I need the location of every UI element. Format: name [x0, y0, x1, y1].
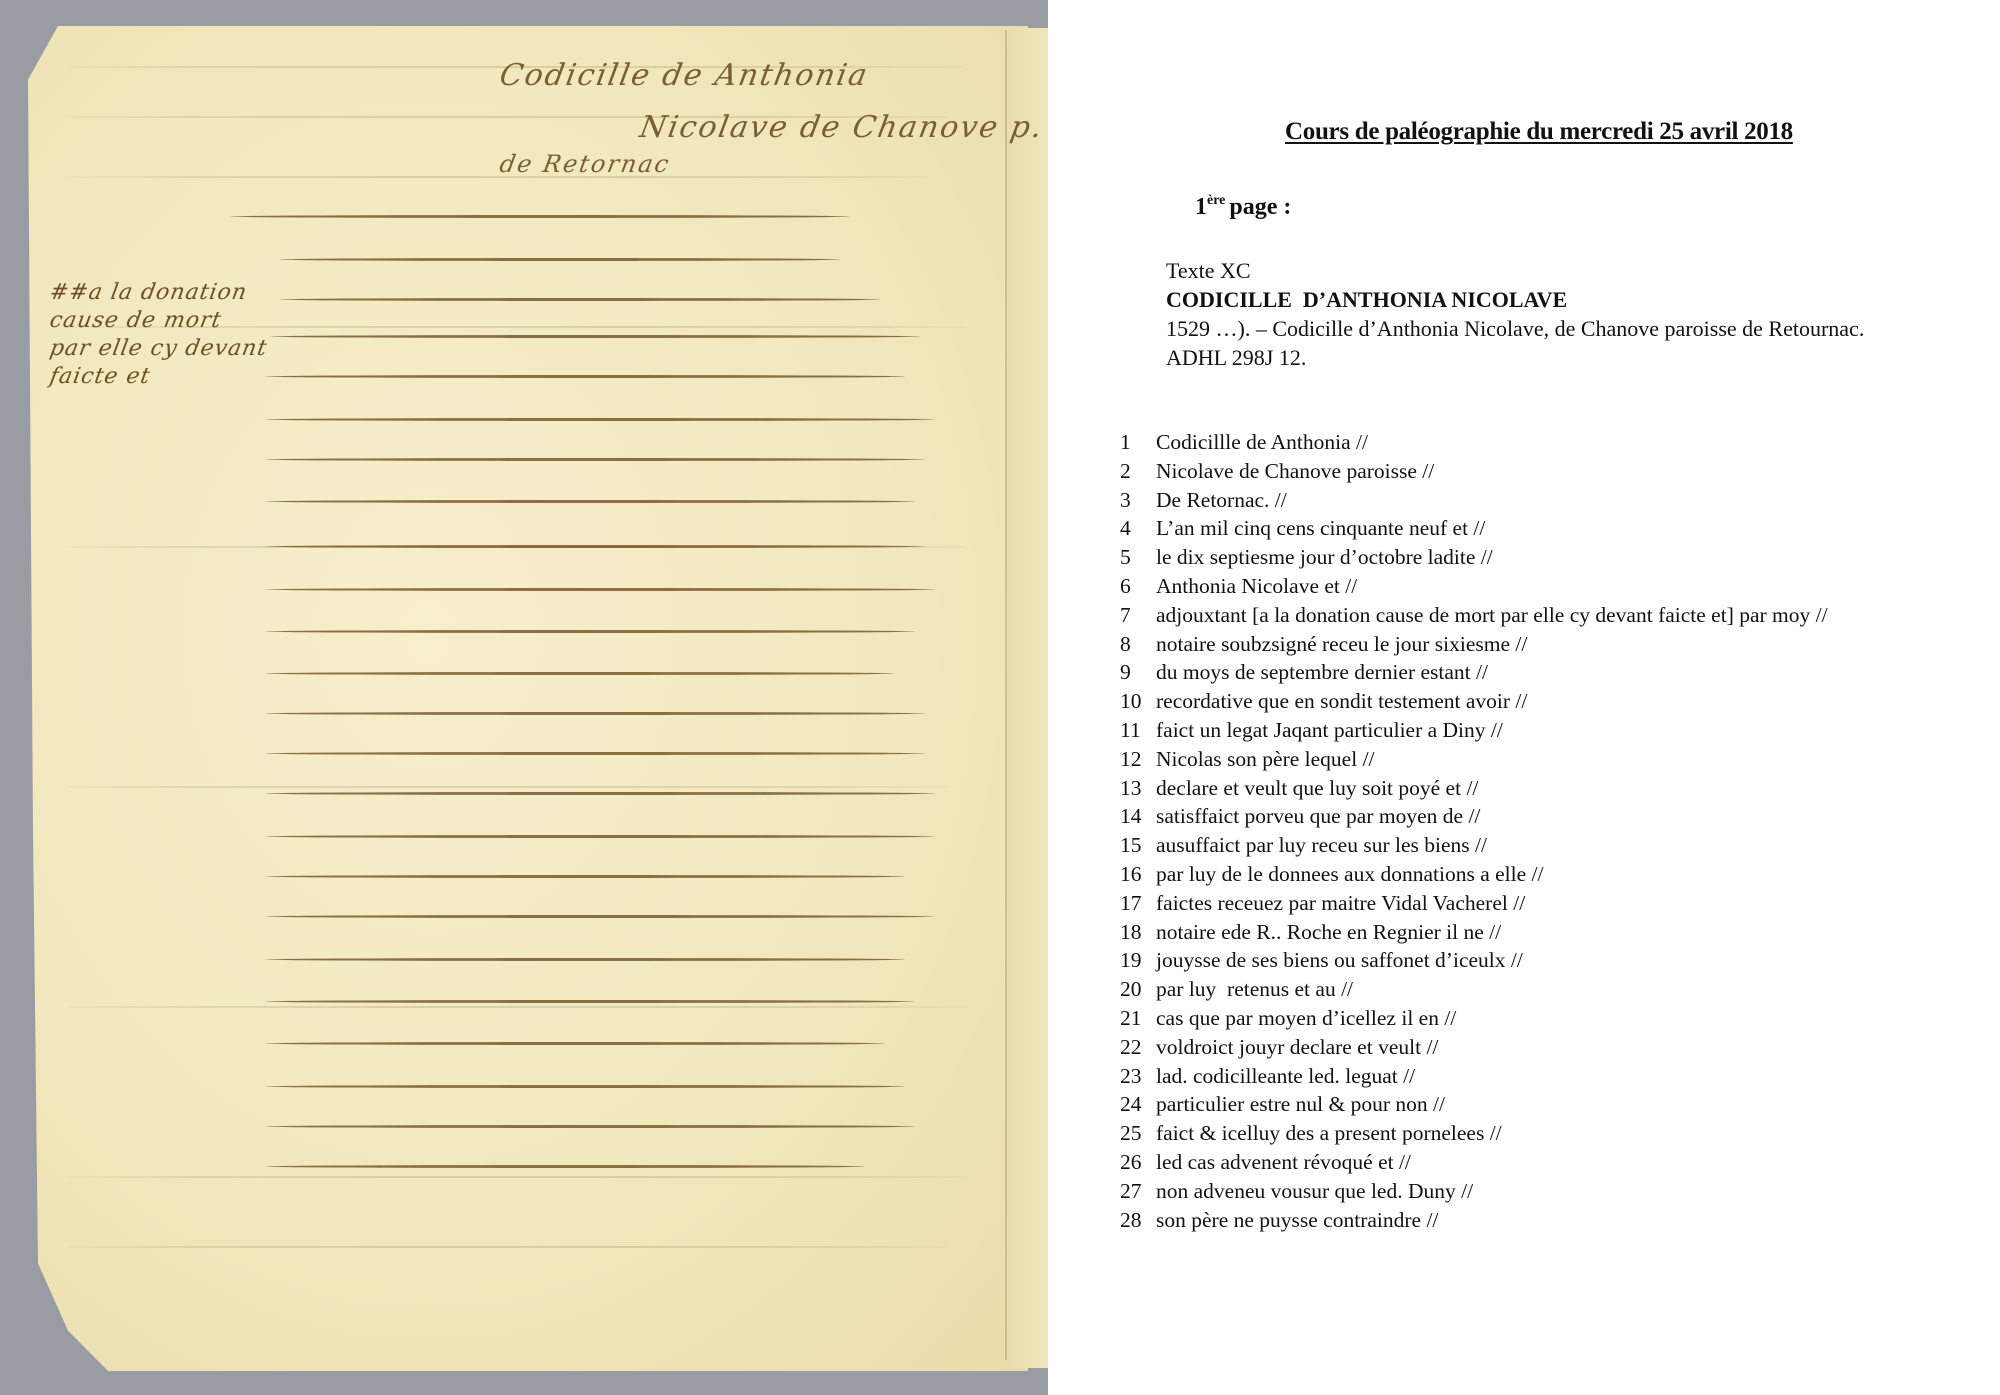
transcription-line: 14satisffaict porveu que par moyen de //	[1120, 802, 1828, 831]
transcription-line: 23lad. codicilleante led. leguat //	[1120, 1062, 1828, 1091]
line-text: lad. codicilleante led. leguat //	[1156, 1062, 1415, 1091]
line-number: 4	[1120, 514, 1156, 543]
transcription-line: 12Nicolas son père lequel //	[1120, 745, 1828, 774]
manuscript-header-2: Nicolave de Chanove p.	[637, 110, 1047, 145]
transcription-line: 8notaire soubzsigné receu le jour sixies…	[1120, 630, 1828, 659]
line-number: 10	[1120, 687, 1156, 716]
line-text: notaire ede R.. Roche en Regnier il ne /…	[1156, 918, 1501, 947]
transcription-line: 10recordative que en sondit testement av…	[1120, 687, 1828, 716]
transcription-line: 22voldroict jouyr declare et veult //	[1120, 1033, 1828, 1062]
transcription-line: 7adjouxtant [a la donation cause de mort…	[1120, 601, 1828, 630]
archive-reference: ADHL 298J 12.	[1166, 343, 1864, 372]
line-number: 11	[1120, 716, 1156, 745]
margin-note-2: cause de mort	[48, 308, 224, 333]
transcription-line: 20par luy retenus et au //	[1120, 975, 1828, 1004]
line-number: 22	[1120, 1033, 1156, 1062]
line-number: 5	[1120, 543, 1156, 572]
transcription-line: 5le dix septiesme jour d’octobre ladite …	[1120, 543, 1828, 572]
line-number: 12	[1120, 745, 1156, 774]
transcription-line: 21cas que par moyen d’icellez il en //	[1120, 1004, 1828, 1033]
line-number: 27	[1120, 1177, 1156, 1206]
line-text: notaire soubzsigné receu le jour sixiesm…	[1156, 630, 1527, 659]
line-number: 28	[1120, 1206, 1156, 1235]
transcription-line: 9du moys de septembre dernier estant //	[1120, 658, 1828, 687]
transcription-line: 24particulier estre nul & pour non //	[1120, 1090, 1828, 1119]
line-text: L’an mil cinq cens cinquante neuf et //	[1156, 514, 1485, 543]
transcription-line: 2Nicolave de Chanove paroisse //	[1120, 457, 1828, 486]
line-number: 7	[1120, 601, 1156, 630]
line-text: jouysse de ses biens ou saffonet d’iceul…	[1156, 946, 1523, 975]
transcription-line: 3De Retornac. //	[1120, 486, 1828, 515]
manuscript-header-3: de Retornac	[498, 150, 673, 178]
manuscript-paper	[28, 26, 1028, 1371]
line-text: adjouxtant [a la donation cause de mort …	[1156, 601, 1828, 630]
manuscript-header-1: Codicille de Anthonia	[497, 58, 872, 93]
page-number-superscript: ère	[1207, 193, 1225, 208]
transcription-panel: Cours de paléographie du mercredi 25 avr…	[1048, 0, 2000, 1395]
line-number: 9	[1120, 658, 1156, 687]
line-text: recordative que en sondit testement avoi…	[1156, 687, 1527, 716]
line-number: 14	[1120, 802, 1156, 831]
transcription-line: 18notaire ede R.. Roche en Regnier il ne…	[1120, 918, 1828, 947]
transcription-line: 4L’an mil cinq cens cinquante neuf et //	[1120, 514, 1828, 543]
line-text: Nicolas son père lequel //	[1156, 745, 1375, 774]
document-title: Cours de paléographie du mercredi 25 avr…	[1285, 118, 1793, 146]
transcription-lines: 1Codicillle de Anthonia //2Nicolave de C…	[1120, 428, 1828, 1234]
line-text: Nicolave de Chanove paroisse //	[1156, 457, 1434, 486]
line-number: 19	[1120, 946, 1156, 975]
transcription-line: 11faict un legat Jaqant particulier a Di…	[1120, 716, 1828, 745]
line-text: le dix septiesme jour d’octobre ladite /…	[1156, 543, 1493, 572]
line-number: 21	[1120, 1004, 1156, 1033]
transcription-line: 15ausuffaict par luy receu sur les biens…	[1120, 831, 1828, 860]
transcription-line: 16par luy de le donnees aux donnations a…	[1120, 860, 1828, 889]
line-number: 26	[1120, 1148, 1156, 1177]
text-reference: Texte XC	[1166, 256, 1864, 285]
transcription-line: 28son père ne puysse contraindre //	[1120, 1206, 1828, 1235]
line-text: cas que par moyen d’icellez il en //	[1156, 1004, 1456, 1033]
manuscript-scan: Codicille de Anthonia Nicolave de Chanov…	[0, 0, 1048, 1395]
line-text: faict un legat Jaqant particulier a Diny…	[1156, 716, 1503, 745]
line-number: 18	[1120, 918, 1156, 947]
margin-note-3: par elle cy devant	[48, 336, 270, 361]
line-number: 2	[1120, 457, 1156, 486]
line-number: 1	[1120, 428, 1156, 457]
paper-edge	[1007, 28, 1048, 1368]
line-text: Anthonia Nicolave et //	[1156, 572, 1357, 601]
line-text: par luy retenus et au //	[1156, 975, 1353, 1004]
line-text: ausuffaict par luy receu sur les biens /…	[1156, 831, 1487, 860]
text-heading: CODICILLE D’ANTHONIA NICOLAVE	[1166, 285, 1864, 314]
page-suffix: page :	[1229, 194, 1291, 220]
line-text: faictes receuez par maitre Vidal Vachere…	[1156, 889, 1525, 918]
line-text: non adveneu vousur que led. Duny //	[1156, 1177, 1473, 1206]
line-number: 16	[1120, 860, 1156, 889]
line-text: Codicillle de Anthonia //	[1156, 428, 1368, 457]
line-text: du moys de septembre dernier estant //	[1156, 658, 1488, 687]
line-number: 17	[1120, 889, 1156, 918]
transcription-line: 6Anthonia Nicolave et //	[1120, 572, 1828, 601]
line-number: 24	[1120, 1090, 1156, 1119]
transcription-line: 27non adveneu vousur que led. Duny //	[1120, 1177, 1828, 1206]
transcription-line: 26led cas advenent révoqué et //	[1120, 1148, 1828, 1177]
line-number: 13	[1120, 774, 1156, 803]
transcription-line: 19jouysse de ses biens ou saffonet d’ice…	[1120, 946, 1828, 975]
line-text: led cas advenent révoqué et //	[1156, 1148, 1411, 1177]
line-text: satisffaict porveu que par moyen de //	[1156, 802, 1480, 831]
line-number: 6	[1120, 572, 1156, 601]
line-number: 20	[1120, 975, 1156, 1004]
transcription-line: 25faict & icelluy des a present pornelee…	[1120, 1119, 1828, 1148]
line-number: 23	[1120, 1062, 1156, 1091]
line-text: faict & icelluy des a present pornelees …	[1156, 1119, 1502, 1148]
page-number: 1	[1195, 194, 1207, 220]
line-number: 3	[1120, 486, 1156, 515]
transcription-line: 17faictes receuez par maitre Vidal Vache…	[1120, 889, 1828, 918]
line-text: particulier estre nul & pour non //	[1156, 1090, 1445, 1119]
page-label: 1èrepage :	[1195, 193, 1291, 221]
line-text: declare et veult que luy soit poyé et //	[1156, 774, 1478, 803]
line-text: voldroict jouyr declare et veult //	[1156, 1033, 1438, 1062]
transcription-line: 13declare et veult que luy soit poyé et …	[1120, 774, 1828, 803]
text-summary: 1529 …). – Codicille d’Anthonia Nicolave…	[1166, 314, 1864, 343]
line-number: 25	[1120, 1119, 1156, 1148]
line-text: son père ne puysse contraindre //	[1156, 1206, 1438, 1235]
transcription-line: 1Codicillle de Anthonia //	[1120, 428, 1828, 457]
line-text: De Retornac. //	[1156, 486, 1287, 515]
text-metadata: Texte XC CODICILLE D’ANTHONIA NICOLAVE 1…	[1166, 256, 1864, 372]
line-number: 8	[1120, 630, 1156, 659]
margin-note-4: faicte et	[48, 364, 153, 389]
line-text: par luy de le donnees aux donnations a e…	[1156, 860, 1543, 889]
line-number: 15	[1120, 831, 1156, 860]
margin-note-1: ##a la donation	[48, 280, 249, 305]
